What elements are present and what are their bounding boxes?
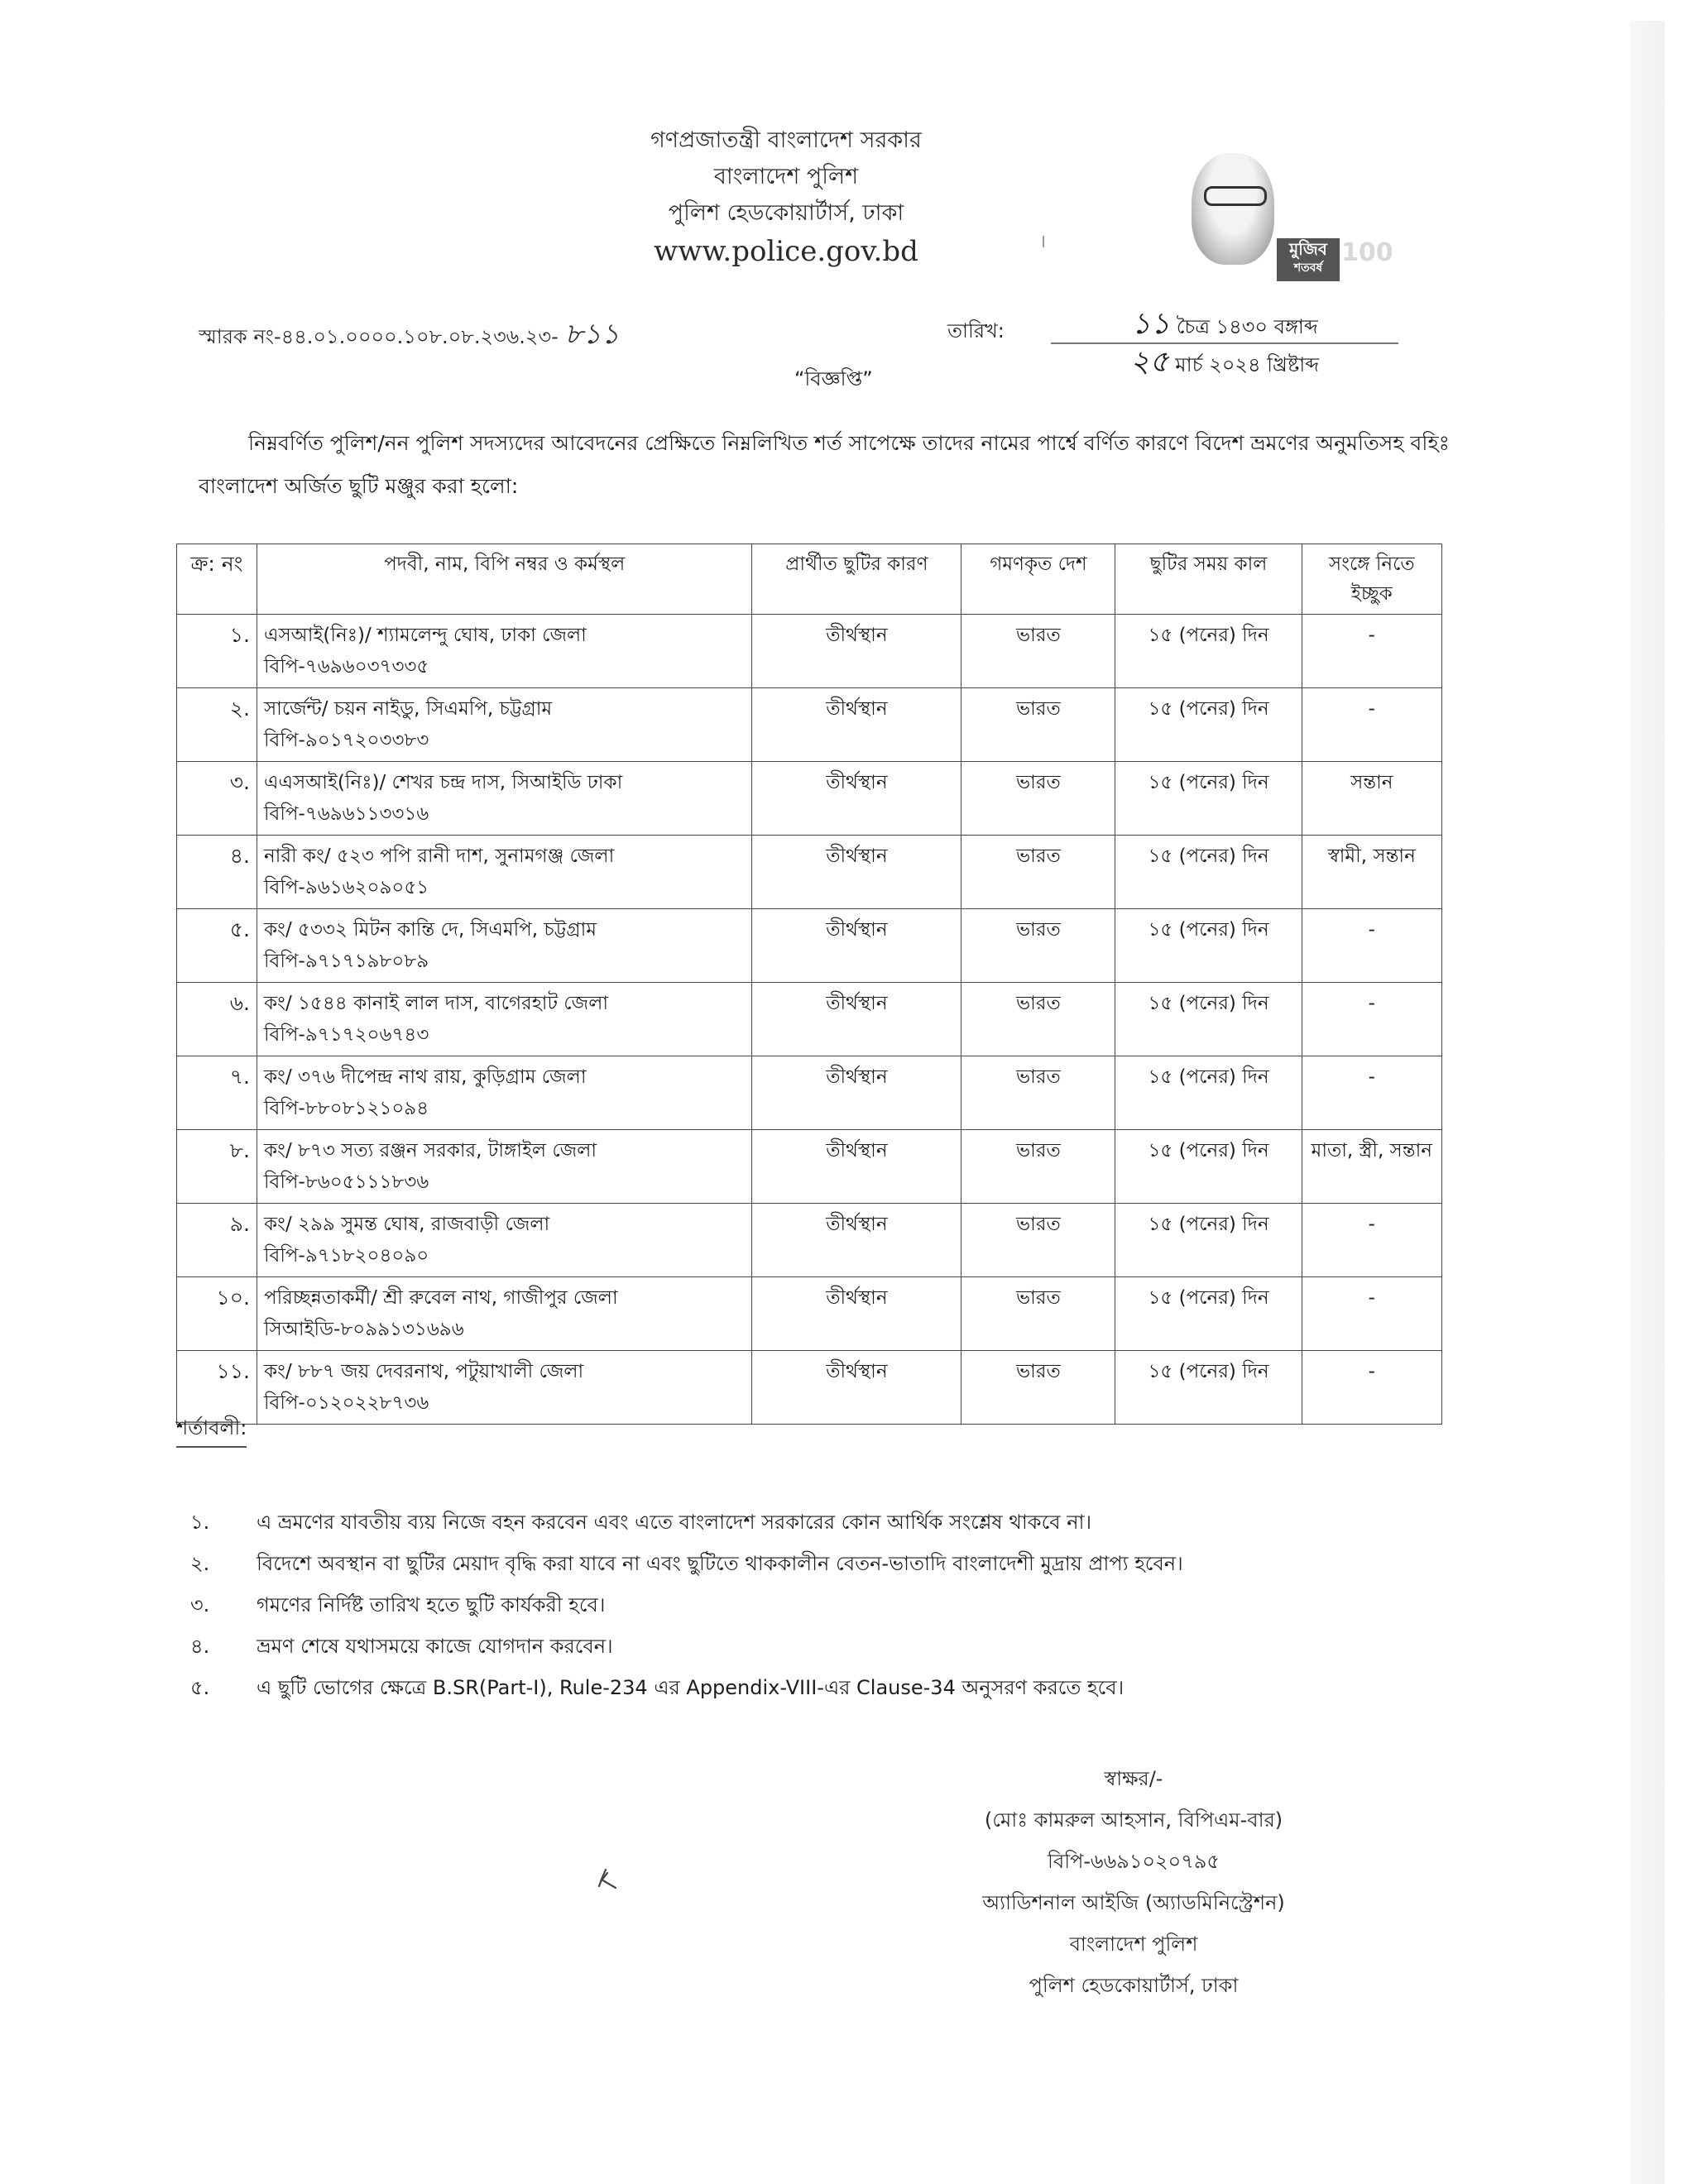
condition-text: গমণের নির্দিষ্ট তারিখ হতে ছুটি কার্যকরী … <box>257 1584 605 1626</box>
cell-name: কং/ ৩৭৬ দীপেন্দ্র নাথ রায়, কুড়িগ্রাম জ… <box>257 1056 751 1130</box>
member-name: এএসআই(নিঃ)/ শেখর চন্দ্র দাস, সিআইডি ঢাকা <box>264 767 745 798</box>
cell-name: এএসআই(নিঃ)/ শেখর চন্দ্র দাস, সিআইডি ঢাকা… <box>257 762 751 836</box>
cell-name: এসআই(নিঃ)/ শ্যামলেন্দু ঘোষ, ঢাকা জেলাবিপ… <box>257 615 751 688</box>
cell-name: সার্জেন্ট/ চয়ন নাইডু, সিএমপি, চট্টগ্রাম… <box>257 688 751 762</box>
cell-name: কং/ ৮৭৩ সত্য রঞ্জন সরকার, টাঙ্গাইল জেলাব… <box>257 1130 751 1204</box>
condition-item: ১.এ ভ্রমণের যাবতীয় ব্যয় নিজে বহন করবেন… <box>190 1501 1514 1543</box>
header-reason: প্রার্থীত ছুটির কারণ <box>752 544 961 615</box>
date-block: ১১ চৈত্র ১৪৩০ বঙ্গাব্দ ২৫ মার্চ ২০২৪ খ্র… <box>1051 310 1398 381</box>
condition-number: ১. <box>190 1501 257 1543</box>
cell-country: ভারত <box>961 909 1115 983</box>
condition-item: ৫.এ ছুটি ভোগের ক্ষেত্রে B.SR(Part-I), Ru… <box>190 1667 1514 1708</box>
table-header-row: ক্র: নং পদবী, নাম, বিপি নম্বর ও কর্মস্থল… <box>177 544 1442 615</box>
english-day: ২৫ <box>1130 345 1169 379</box>
date-divider <box>1051 342 1398 344</box>
cell-serial: ৯. <box>177 1204 257 1277</box>
member-id: বিপি-৭৬৯৬০৩৭৩৩৫ <box>264 651 745 682</box>
logo-badge-title: মুজিব <box>1277 238 1340 260</box>
scan-edge-shadow <box>1630 21 1665 2184</box>
leave-table: ক্র: নং পদবী, নাম, বিপি নম্বর ও কর্মস্থল… <box>176 544 1442 1425</box>
logo-number: 100 <box>1341 238 1393 267</box>
portrait-icon <box>1192 153 1274 265</box>
cell-companions: স্বামী, সন্তান <box>1302 836 1441 909</box>
cell-name: নারী কং/ ৫২৩ পপি রানী দাশ, সুনামগঞ্জ জেল… <box>257 836 751 909</box>
member-id: বিপি-৭৬৯৬১১৩৩১৬ <box>264 798 745 830</box>
cell-serial: ৩. <box>177 762 257 836</box>
cell-country: ভারত <box>961 983 1115 1056</box>
cell-companions: - <box>1302 1351 1441 1425</box>
english-month-year: মার্চ ২০২৪ খ্রিষ্টাব্দ <box>1175 353 1319 376</box>
table-row: ৮.কং/ ৮৭৩ সত্য রঞ্জন সরকার, টাঙ্গাইল জেল… <box>177 1130 1442 1204</box>
cell-serial: ৪. <box>177 836 257 909</box>
conditions-list: ১.এ ভ্রমণের যাবতীয় ব্যয় নিজে বহন করবেন… <box>190 1501 1514 1708</box>
cell-serial: ১০. <box>177 1277 257 1351</box>
cell-companions: সন্তান <box>1302 762 1441 836</box>
condition-text: এ ভ্রমণের যাবতীয় ব্যয় নিজে বহন করবেন এ… <box>257 1501 1091 1543</box>
member-id: বিপি-০১২০২২৮৭৩৬ <box>264 1387 745 1419</box>
header-duration: ছুটির সময় কাল <box>1115 544 1302 615</box>
cell-country: ভারত <box>961 762 1115 836</box>
english-date: ২৫ মার্চ ২০২৪ খ্রিষ্টাব্দ <box>1051 346 1398 381</box>
bangla-date: ১১ চৈত্র ১৪৩০ বঙ্গাব্দ <box>1051 310 1398 341</box>
member-id: বিপি-৯৭১৭১৯৮০৮৯ <box>264 946 745 977</box>
condition-text: বিদেশে অবস্থান বা ছুটির মেয়াদ বৃদ্ধি কর… <box>257 1543 1183 1584</box>
cell-reason: তীর্থস্থান <box>752 909 961 983</box>
cell-name: কং/ ৫৩৩২ মিটন কান্তি দে, সিএমপি, চট্টগ্র… <box>257 909 751 983</box>
memo-label: স্মারক নং- <box>199 325 281 348</box>
member-id: বিপি-৯৬১৬২০৯০৫১ <box>264 872 745 903</box>
member-name: সার্জেন্ট/ চয়ন নাইডু, সিএমপি, চট্টগ্রাম <box>264 693 745 725</box>
cell-reason: তীর্থস্থান <box>752 1056 961 1130</box>
cell-reason: তীর্থস্থান <box>752 762 961 836</box>
cell-duration: ১৫ (পনের) দিন <box>1115 1056 1302 1130</box>
condition-number: ৩. <box>190 1584 257 1626</box>
cell-country: ভারত <box>961 1277 1115 1351</box>
member-id: বিপি-৯৭১৭২০৬৭৪৩ <box>264 1019 745 1051</box>
cell-country: ভারত <box>961 1351 1115 1425</box>
letterhead-office: পুলিশ হেডকোয়ার্টার্স, ঢাকা <box>579 195 993 232</box>
member-id: সিআইডি-৮০৯৯১৩১৬৯৬ <box>264 1314 745 1345</box>
date-label: তারিখ: <box>947 316 1005 349</box>
cell-country: ভারত <box>961 1056 1115 1130</box>
cell-companions: - <box>1302 1277 1441 1351</box>
memo-value: ৪৪.০১.০০০০.১০৮.০৮.২৩৬.২৩- <box>281 325 559 348</box>
cell-duration: ১৫ (পনের) দিন <box>1115 1351 1302 1425</box>
member-name: কং/ ৮৮৭ জয় দেবরনাথ, পটুয়াখালী জেলা <box>264 1356 745 1387</box>
cell-companions: - <box>1302 1204 1441 1277</box>
cell-duration: ১৫ (পনের) দিন <box>1115 836 1302 909</box>
cell-companions: মাতা, স্ত্রী, সন্তান <box>1302 1130 1441 1204</box>
cell-reason: তীর্থস্থান <box>752 1351 961 1425</box>
logo-badge-sub: শতবর্ষ <box>1277 260 1340 276</box>
letterhead-website: www.police.gov.bd <box>579 232 993 271</box>
cell-serial: ২. <box>177 688 257 762</box>
table-row: ৯.কং/ ২৯৯ সুমন্ত ঘোষ, রাজবাড়ী জেলাবিপি-… <box>177 1204 1442 1277</box>
member-id: বিপি-৯৭১৮২০৪০৯০ <box>264 1240 745 1272</box>
notice-title: “বিজ্ঞপ্তি” <box>794 364 873 397</box>
cell-name: কং/ ২৯৯ সুমন্ত ঘোষ, রাজবাড়ী জেলাবিপি-৯৭… <box>257 1204 751 1277</box>
cell-name: পরিচ্ছন্নতাকর্মী/ শ্রী রুবেল নাথ, গাজীপু… <box>257 1277 751 1351</box>
signature-line: বিপি-৬৬৯১০২০৭৯৫ <box>943 1841 1324 1882</box>
member-name: এসআই(নিঃ)/ শ্যামলেন্দু ঘোষ, ঢাকা জেলা <box>264 620 745 651</box>
cell-companions: - <box>1302 615 1441 688</box>
condition-item: ৪.ভ্রমণ শেষে যথাসময়ে কাজে যোগদান করবেন। <box>190 1626 1514 1667</box>
condition-number: ২. <box>190 1543 257 1584</box>
cell-companions: - <box>1302 909 1441 983</box>
member-name: কং/ ৫৩৩২ মিটন কান্তি দে, সিএমপি, চট্টগ্র… <box>264 914 745 946</box>
member-id: বিপি-৮৬০৫১১১৮৩৬ <box>264 1166 745 1198</box>
logo-badge: মুজিব শতবর্ষ <box>1277 238 1340 281</box>
signature-line: স্বাক্ষর/- <box>943 1758 1324 1799</box>
cell-reason: তীর্থস্থান <box>752 615 961 688</box>
conditions-title: শর্তাবলী: <box>176 1413 247 1448</box>
member-id: বিপি-৯০১৭২০৩৩৮৩ <box>264 725 745 756</box>
document-page: গণপ্রজাতন্ত্রী বাংলাদেশ সরকার বাংলাদেশ প… <box>0 0 1688 2184</box>
condition-text: ভ্রমণ শেষে যথাসময়ে কাজে যোগদান করবেন। <box>257 1626 613 1667</box>
table-row: ১১.কং/ ৮৮৭ জয় দেবরনাথ, পটুয়াখালী জেলাব… <box>177 1351 1442 1425</box>
condition-item: ২.বিদেশে অবস্থান বা ছুটির মেয়াদ বৃদ্ধি … <box>190 1543 1514 1584</box>
mujib-centenary-logo: মুজিব শতবর্ষ 100 <box>1154 141 1369 281</box>
cell-duration: ১৫ (পনের) দিন <box>1115 983 1302 1056</box>
cell-reason: তীর্থস্থান <box>752 1130 961 1204</box>
member-name: কং/ ২৯৯ সুমন্ত ঘোষ, রাজবাড়ী জেলা <box>264 1209 745 1240</box>
bangla-month-year: চৈত্র ১৪৩০ বঙ্গাব্দ <box>1177 315 1318 338</box>
cell-reason: তীর্থস্থান <box>752 688 961 762</box>
signature-block: স্বাক্ষর/-(মোঃ কামরুল আহসান, বিপিএম-বার)… <box>943 1758 1324 2006</box>
signature-line: বাংলাদেশ পুলিশ <box>943 1923 1324 1965</box>
cell-companions: - <box>1302 688 1441 762</box>
cell-country: ভারত <box>961 615 1115 688</box>
cell-duration: ১৫ (পনের) দিন <box>1115 909 1302 983</box>
cell-duration: ১৫ (পনের) দিন <box>1115 615 1302 688</box>
condition-number: ৪. <box>190 1626 257 1667</box>
member-name: কং/ ৮৭৩ সত্য রঞ্জন সরকার, টাঙ্গাইল জেলা <box>264 1135 745 1166</box>
table-row: ৩.এএসআই(নিঃ)/ শেখর চন্দ্র দাস, সিআইডি ঢা… <box>177 762 1442 836</box>
cell-duration: ১৫ (পনের) দিন <box>1115 1204 1302 1277</box>
cell-serial: ৮. <box>177 1130 257 1204</box>
cell-country: ভারত <box>961 836 1115 909</box>
member-name: কং/ ৩৭৬ দীপেন্দ্র নাথ রায়, কুড়িগ্রাম জ… <box>264 1061 745 1093</box>
condition-number: ৫. <box>190 1667 257 1708</box>
cell-name: কং/ ১৫৪৪ কানাই লাল দাস, বাগেরহাট জেলাবিপ… <box>257 983 751 1056</box>
cell-duration: ১৫ (পনের) দিন <box>1115 1277 1302 1351</box>
cell-serial: ৫. <box>177 909 257 983</box>
table-row: ১.এসআই(নিঃ)/ শ্যামলেন্দু ঘোষ, ঢাকা জেলাব… <box>177 615 1442 688</box>
letterhead: গণপ্রজাতন্ত্রী বাংলাদেশ সরকার বাংলাদেশ প… <box>579 122 993 271</box>
cell-companions: - <box>1302 983 1441 1056</box>
condition-text: এ ছুটি ভোগের ক্ষেত্রে B.SR(Part-I), Rule… <box>257 1667 1124 1708</box>
cell-duration: ১৫ (পনের) দিন <box>1115 688 1302 762</box>
cell-reason: তীর্থস্থান <box>752 836 961 909</box>
header-country: গমণকৃত দেশ <box>961 544 1115 615</box>
cell-country: ভারত <box>961 1130 1115 1204</box>
signature-line: অ্যাডিশনাল আইজি (অ্যাডমিনিস্ট্রেশন) <box>943 1882 1324 1923</box>
table-row: ১০.পরিচ্ছন্নতাকর্মী/ শ্রী রুবেল নাথ, গাজ… <box>177 1277 1442 1351</box>
header-name: পদবী, নাম, বিপি নম্বর ও কর্মস্থল <box>257 544 751 615</box>
member-id: বিপি-৮৮০৮১২১০৯৪ <box>264 1093 745 1124</box>
intro-paragraph: নিম্নবর্ণিত পুলিশ/নন পুলিশ সদস্যদের আবেদ… <box>199 422 1498 508</box>
header-companions: সংঙ্গে নিতে ইচ্ছুক <box>1302 544 1441 615</box>
cell-reason: তীর্থস্থান <box>752 1277 961 1351</box>
cell-serial: ১. <box>177 615 257 688</box>
cell-serial: ৭. <box>177 1056 257 1130</box>
cell-companions: - <box>1302 1056 1441 1130</box>
letterhead-government: গণপ্রজাতন্ত্রী বাংলাদেশ সরকার <box>579 122 993 159</box>
cell-reason: তীর্থস্থান <box>752 983 961 1056</box>
handwritten-initial-icon <box>594 1868 627 1893</box>
condition-item: ৩.গমণের নির্দিষ্ট তারিখ হতে ছুটি কার্যকর… <box>190 1584 1514 1626</box>
cell-duration: ১৫ (পনের) দিন <box>1115 1130 1302 1204</box>
glasses-icon <box>1204 186 1267 206</box>
cell-country: ভারত <box>961 1204 1115 1277</box>
cell-serial: ৬. <box>177 983 257 1056</box>
cell-country: ভারত <box>961 688 1115 762</box>
header-serial: ক্র: নং <box>177 544 257 615</box>
scan-mark <box>1043 236 1044 247</box>
member-name: নারী কং/ ৫২৩ পপি রানী দাশ, সুনামগঞ্জ জেল… <box>264 841 745 872</box>
member-name: কং/ ১৫৪৪ কানাই লাল দাস, বাগেরহাট জেলা <box>264 988 745 1019</box>
table-row: ২.সার্জেন্ট/ চয়ন নাইডু, সিএমপি, চট্টগ্র… <box>177 688 1442 762</box>
bangla-day: ১১ <box>1131 307 1170 341</box>
cell-name: কং/ ৮৮৭ জয় দেবরনাথ, পটুয়াখালী জেলাবিপি… <box>257 1351 751 1425</box>
cell-duration: ১৫ (পনের) দিন <box>1115 762 1302 836</box>
cell-reason: তীর্থস্থান <box>752 1204 961 1277</box>
memo-number: স্মারক নং-৪৪.০১.০০০০.১০৮.০৮.২৩৬.২৩- ৮১১ <box>199 313 620 360</box>
memo-handwritten-suffix: ৮১১ <box>564 318 619 351</box>
table-row: ৪.নারী কং/ ৫২৩ পপি রানী দাশ, সুনামগঞ্জ জ… <box>177 836 1442 909</box>
signature-line: পুলিশ হেডকোয়ার্টার্স, ঢাকা <box>943 1965 1324 2006</box>
signature-line: (মোঃ কামরুল আহসান, বিপিএম-বার) <box>943 1799 1324 1841</box>
table-row: ৬.কং/ ১৫৪৪ কানাই লাল দাস, বাগেরহাট জেলাব… <box>177 983 1442 1056</box>
letterhead-department: বাংলাদেশ পুলিশ <box>579 159 993 195</box>
table-row: ৫.কং/ ৫৩৩২ মিটন কান্তি দে, সিএমপি, চট্টগ… <box>177 909 1442 983</box>
table-row: ৭.কং/ ৩৭৬ দীপেন্দ্র নাথ রায়, কুড়িগ্রাম… <box>177 1056 1442 1130</box>
member-name: পরিচ্ছন্নতাকর্মী/ শ্রী রুবেল নাথ, গাজীপু… <box>264 1282 745 1314</box>
